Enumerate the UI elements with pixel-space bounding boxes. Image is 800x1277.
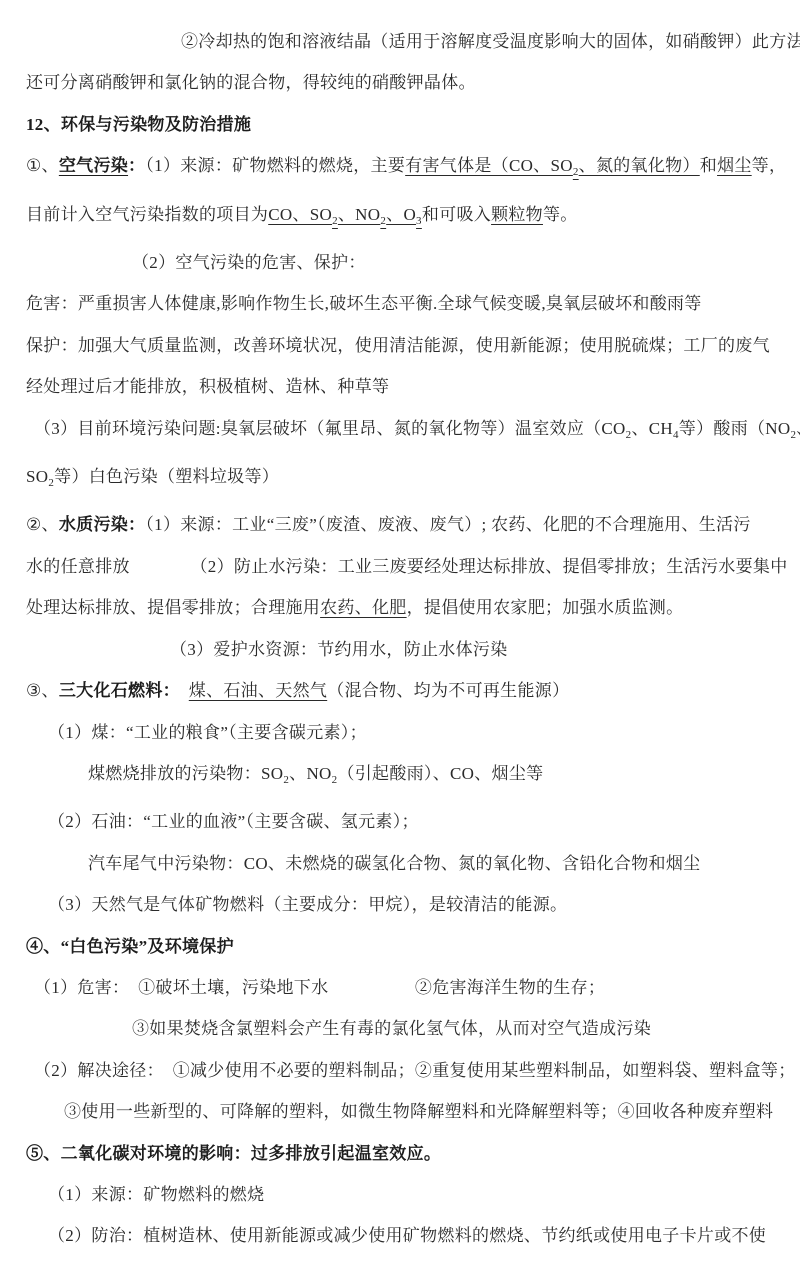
text-segment: 和: [700, 156, 717, 175]
text-segment: 等）酸雨（NO: [679, 419, 791, 438]
text-segment: 、NO: [289, 764, 331, 783]
text-segment: ②冷却热的饱和溶液结晶（适用于溶解度受温度影响大的固体，如硝酸钾）此方法: [181, 32, 800, 51]
text-segment: ③使用一些新型的、可降解的塑料，如微生物降解塑料和光降解塑料等；④回收各种废弃塑…: [64, 1102, 773, 1121]
text-segment: （1）煤：“工业的粮食”（主要含碳元素）；: [48, 723, 367, 742]
text-line: （2）防治：植树造林、使用新能源或减少使用矿物燃料的燃烧、节约纸或使用电子卡片或…: [26, 1215, 774, 1256]
text-segment: 空气污染: [59, 156, 128, 175]
text-segment: （2）解决途径： ①减少使用不必要的塑料制品；②重复使用某些塑料制品，如塑料袋、…: [34, 1061, 796, 1080]
text-line: （3）天然气是气体矿物燃料（主要成分：甲烷），是较清洁的能源。: [26, 884, 774, 925]
text-segment: 三大化石燃料: [59, 681, 163, 700]
text-line: 水的任意排放 （2）防止水污染：工业三废要经处理达标排放、提倡零排放；生活污水要…: [26, 546, 774, 587]
text-segment: 、氮的氧化物）: [579, 156, 700, 175]
text-line: （1）危害： ①破坏土壤，污染地下水 ②危害海洋生物的生存；: [26, 967, 774, 1008]
text-segment: 颗粒物: [491, 205, 543, 224]
text-line: 目前计入空气污染指数的项目为CO、SO2、NO2、O3和可吸入颗粒物等。: [26, 194, 774, 242]
text-line: （1）煤：“工业的粮食”（主要含碳元素）；: [26, 712, 774, 753]
text-segment: ③、: [26, 681, 59, 700]
text-segment: 保护：加强大气质量监测，改善环境状况，使用清洁能源，使用新能源；使用脱硫煤；工厂…: [26, 336, 770, 355]
text-line: ②冷却热的饱和溶液结晶（适用于溶解度受温度影响大的固体，如硝酸钾）此方法: [26, 21, 774, 62]
text-segment: （1）危害： ①破坏土壤，污染地下水 ②危害海洋生物的生存；: [34, 978, 605, 997]
text-segment: 、O: [386, 205, 416, 224]
text-segment: ：: [128, 156, 145, 175]
text-line: 汽车尾气中污染物：CO、未燃烧的碳氢化合物、氮的氧化物、含铅化合物和烟尘: [26, 843, 774, 884]
text-segment: （3）目前环境污染问题:臭氧层破坏（氟里昂、氮的氧化物等）温室效应（CO: [34, 419, 626, 438]
text-line: ②、水质污染：（1）来源：工业“三废”（废渣、废液、废气）; 农药、化肥的不合理…: [26, 504, 774, 545]
text-line: 保护：加强大气质量监测，改善环境状况，使用清洁能源，使用新能源；使用脱硫煤；工厂…: [26, 325, 774, 366]
text-segment: （3）爱护水资源：节约用水，防止水体污染: [170, 640, 508, 659]
text-segment: 处理达标排放、提倡零排放；合理施用: [26, 598, 320, 617]
document-body: ②冷却热的饱和溶液结晶（适用于溶解度受温度影响大的固体，如硝酸钾）此方法还可分离…: [26, 21, 774, 1257]
text-segment: （1）来源：工业“三废”（废渣、废液、废气）; 农药、化肥的不合理施用、生活污: [145, 515, 750, 534]
text-segment: ③如果焚烧含氯塑料会产生有毒的氯化氢气体，从而对空气造成污染: [132, 1019, 651, 1038]
text-segment: 汽车尾气中污染物：CO、未燃烧的碳氢化合物、氮的氧化物、含铅化合物和烟尘: [88, 854, 700, 873]
text-line: ⑤、二氧化碳对环境的影响：过多排放引起温室效应。: [26, 1133, 774, 1174]
text-line: ③、三大化石燃料： 煤、石油、天然气（混合物、均为不可再生能源）: [26, 670, 774, 711]
text-line: 经处理过后才能排放，积极植树、造林、种草等: [26, 366, 774, 407]
text-line: 危害：严重损害人体健康,影响作物生长,破坏生态平衡.全球气候变暖,臭氧层破坏和酸…: [26, 283, 774, 324]
text-line: ③使用一些新型的、可降解的塑料，如微生物降解塑料和光降解塑料等；④回收各种废弃塑…: [26, 1091, 774, 1132]
text-segment: 危害：严重损害人体健康,影响作物生长,破坏生态平衡.全球气候变暖,臭氧层破坏和酸…: [26, 294, 702, 313]
text-segment: 煤燃烧排放的污染物：SO: [88, 764, 283, 783]
text-segment: 经处理过后才能排放，积极植树、造林、种草等: [26, 377, 389, 396]
text-segment: 烟尘: [717, 156, 752, 175]
text-segment: 12、环保与污染物及防治措施: [26, 115, 251, 134]
text-segment: （1）来源：矿物燃料的燃烧，主要: [145, 156, 405, 175]
text-segment: （2）空气污染的危害、保护：: [132, 253, 366, 272]
text-segment: 煤、石油、天然气: [189, 681, 327, 700]
text-segment: 水质污染: [59, 515, 128, 534]
text-segment: 等，: [752, 156, 787, 175]
document-page: ②冷却热的饱和溶液结晶（适用于溶解度受温度影响大的固体，如硝酸钾）此方法还可分离…: [0, 0, 800, 1277]
text-segment: 和可吸入: [422, 205, 491, 224]
text-line: （2）石油：“工业的血液”（主要含碳、氢元素）；: [26, 801, 774, 842]
text-segment: 等）白色污染（塑料垃圾等）: [54, 467, 279, 486]
text-segment: 、: [796, 419, 800, 438]
text-line: ③如果焚烧含氯塑料会产生有毒的氯化氢气体，从而对空气造成污染: [26, 1008, 774, 1049]
text-segment: （2）防治：植树造林、使用新能源或减少使用矿物燃料的燃烧、节约纸或使用电子卡片或…: [48, 1226, 766, 1245]
text-segment: （3）天然气是气体矿物燃料（主要成分：甲烷），是较清洁的能源。: [48, 895, 567, 914]
text-segment: （1）来源：矿物燃料的燃烧: [48, 1185, 264, 1204]
text-segment: 农药、化肥: [320, 598, 407, 617]
text-segment: 水的任意排放 （2）防止水污染：工业三废要经处理达标排放、提倡零排放；生活污水要…: [26, 557, 788, 576]
text-segment: 、CH: [631, 419, 673, 438]
text-line: （2）空气污染的危害、保护：: [26, 242, 774, 283]
text-line: （2）解决途径： ①减少使用不必要的塑料制品；②重复使用某些塑料制品，如塑料袋、…: [26, 1050, 774, 1091]
text-segment: 、NO: [338, 205, 380, 224]
text-segment: ，提倡使用农家肥；加强水质监测。: [407, 598, 684, 617]
text-segment: ：: [128, 515, 145, 534]
text-segment: ①、: [26, 156, 59, 175]
text-line: 12、环保与污染物及防治措施: [26, 104, 774, 145]
text-segment: 等。: [543, 205, 578, 224]
text-segment: ④、“白色污染”及环境保护: [26, 937, 234, 956]
text-segment: CO、SO: [268, 205, 332, 224]
text-line: 还可分离硝酸钾和氯化钠的混合物，得较纯的硝酸钾晶体。: [26, 62, 774, 103]
text-line: （3）目前环境污染问题:臭氧层破坏（氟里昂、氮的氧化物等）温室效应（CO2、CH…: [26, 408, 774, 456]
text-line: ①、空气污染：（1）来源：矿物燃料的燃烧，主要有害气体是（CO、SO2、氮的氧化…: [26, 145, 774, 193]
text-segment: （引起酸雨）、CO、烟尘等: [337, 764, 543, 783]
text-segment: 有害气体是（CO、SO: [405, 156, 573, 175]
text-segment: ⑤、二氧化碳对环境的影响：过多排放引起温室效应。: [26, 1144, 441, 1163]
text-segment: ②、: [26, 515, 59, 534]
text-line: ④、“白色污染”及环境保护: [26, 926, 774, 967]
text-segment: SO: [26, 467, 48, 486]
text-segment: （2）石油：“工业的血液”（主要含碳、氢元素）；: [48, 812, 419, 831]
text-line: （1）来源：矿物燃料的燃烧: [26, 1174, 774, 1215]
text-line: 煤燃烧排放的污染物：SO2、NO2（引起酸雨）、CO、烟尘等: [26, 753, 774, 801]
text-line: 处理达标排放、提倡零排放；合理施用农药、化肥，提倡使用农家肥；加强水质监测。: [26, 587, 774, 628]
text-line: SO2等）白色污染（塑料垃圾等）: [26, 456, 774, 504]
text-line: （3）爱护水资源：节约用水，防止水体污染: [26, 629, 774, 670]
text-segment: （混合物、均为不可再生能源）: [327, 681, 569, 700]
text-segment: 还可分离硝酸钾和氯化钠的混合物，得较纯的硝酸钾晶体。: [26, 73, 476, 92]
text-segment: 目前计入空气污染指数的项目为: [26, 205, 268, 224]
text-segment: [171, 681, 188, 700]
